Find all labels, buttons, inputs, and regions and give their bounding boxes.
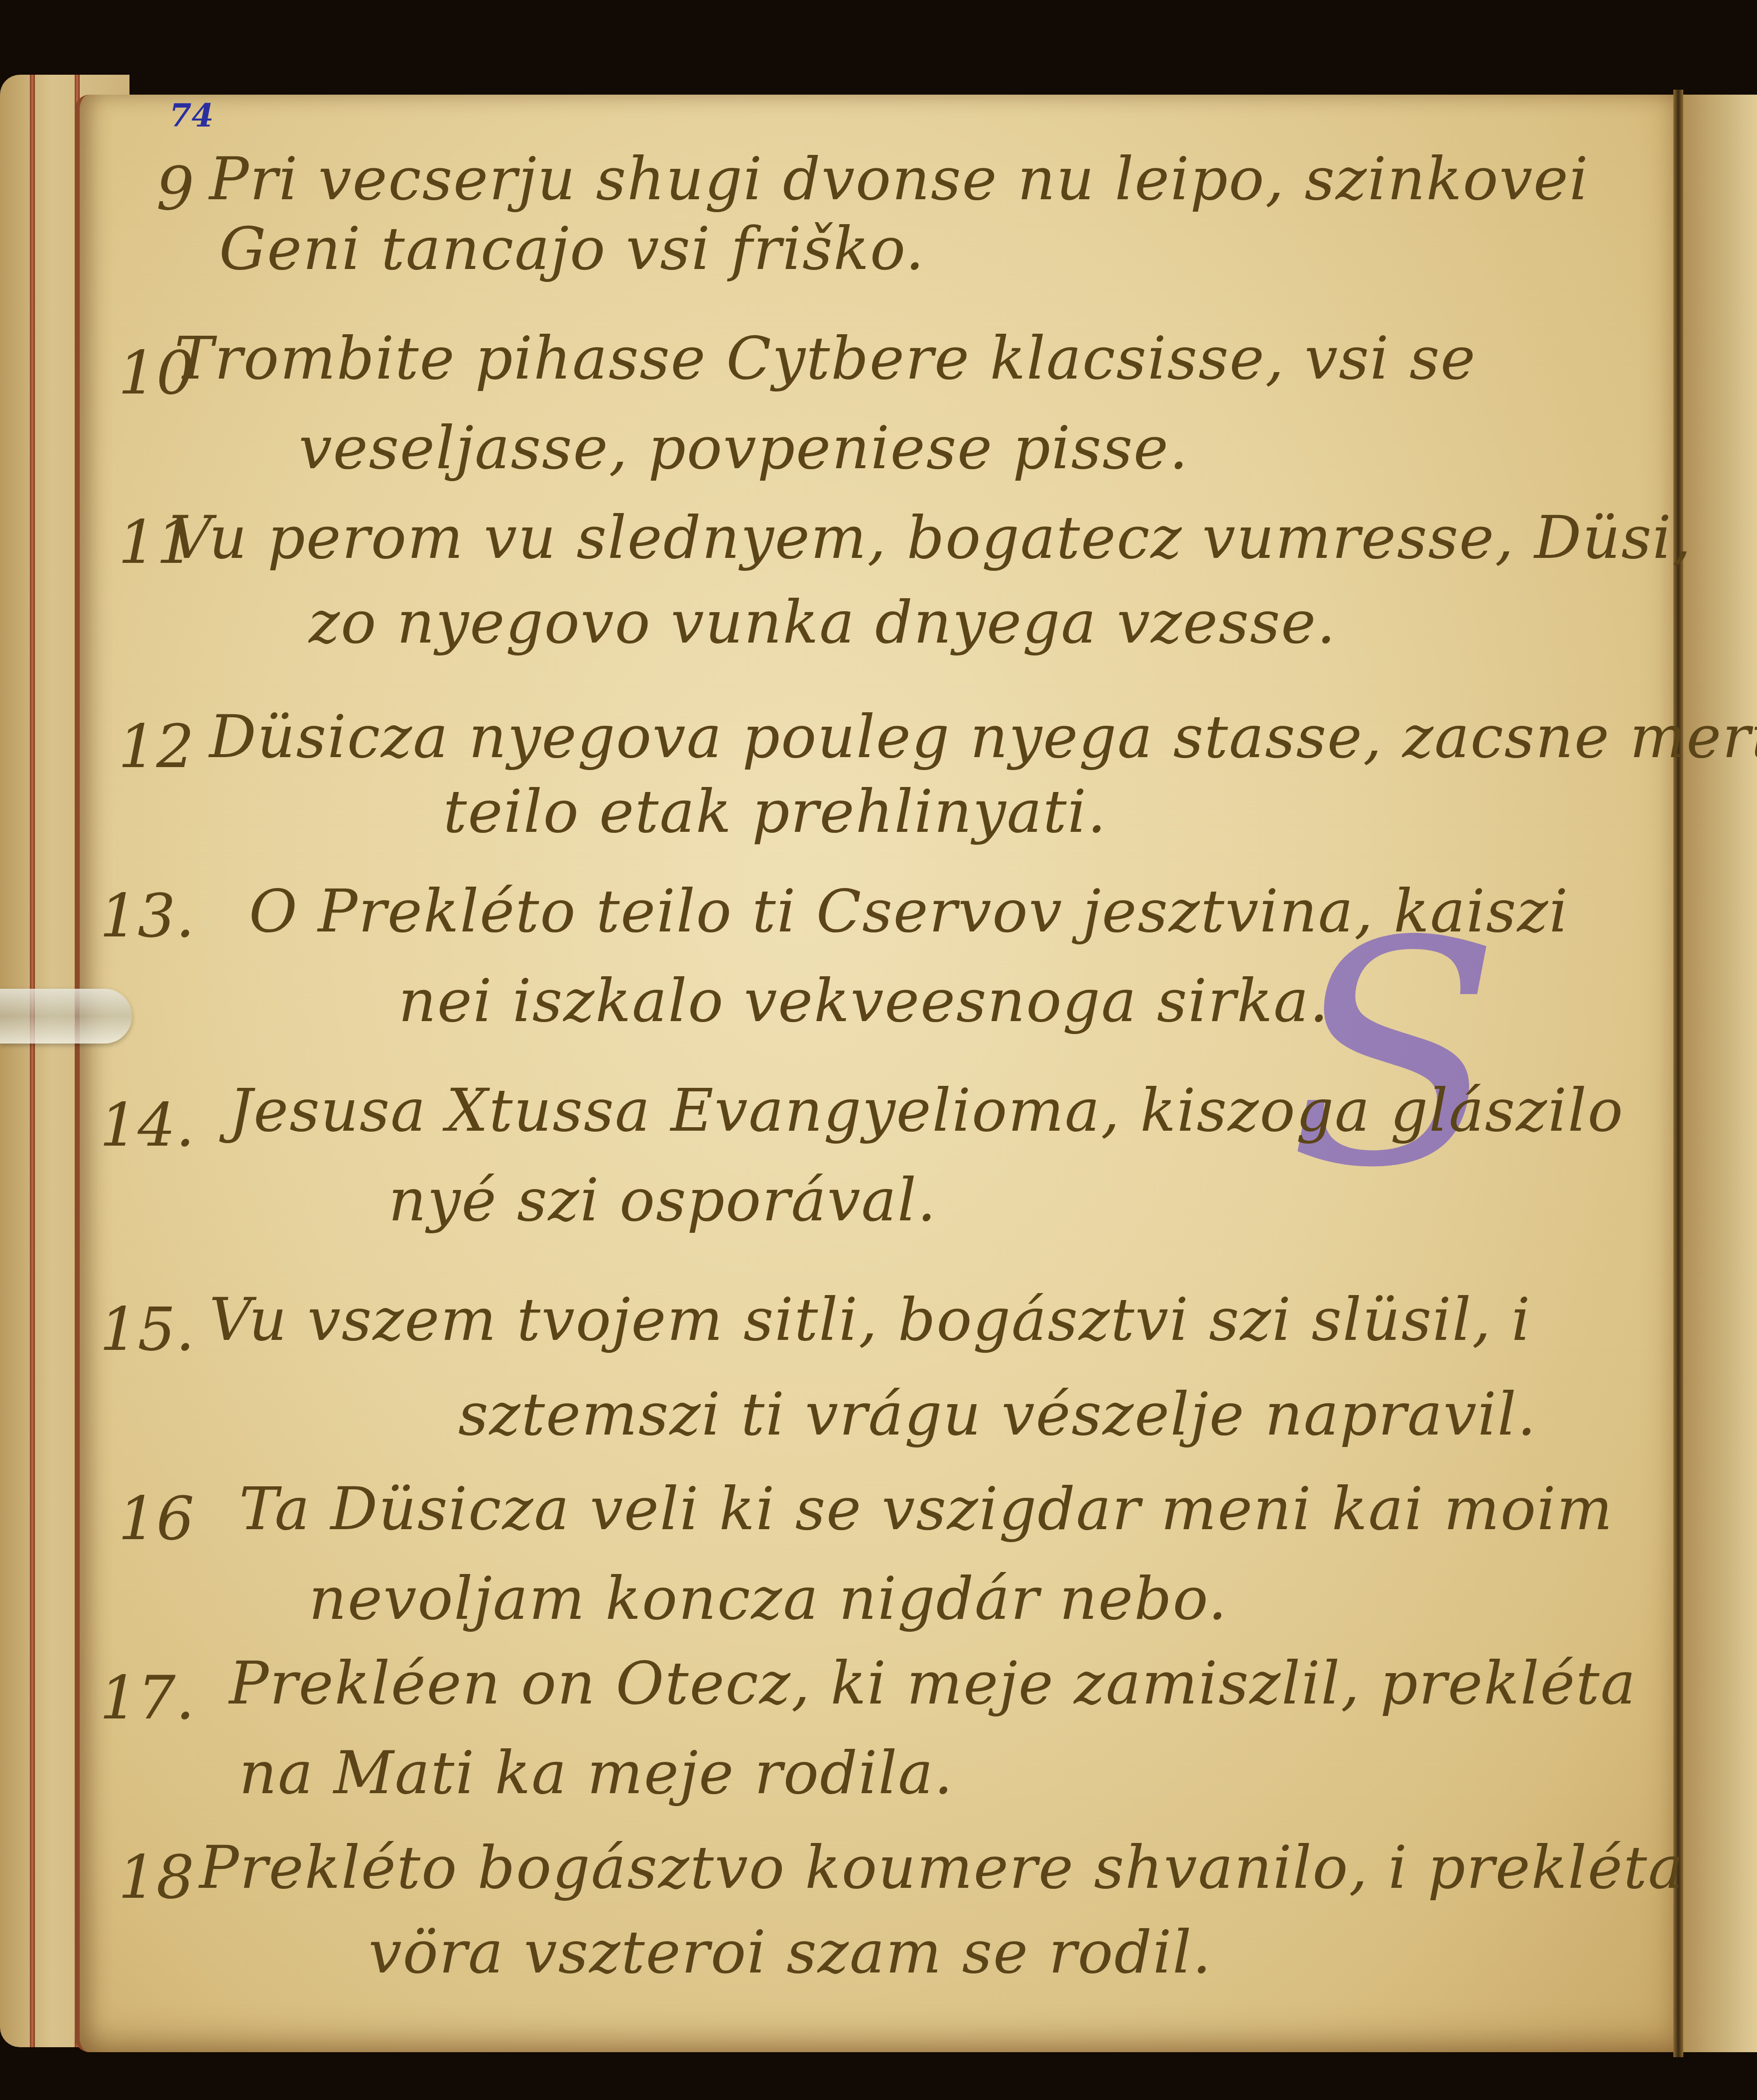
verse-line: Pri vecserju shugi dvonse nu leipo, szin…	[209, 144, 1589, 213]
verse-number: 13.	[100, 882, 194, 951]
verse-number: 9	[100, 154, 194, 224]
verse-line: Vu perom vu slednyem, bogatecz vumresse,…	[169, 503, 1692, 572]
verse-line: nevoljam koncza nigdár nebo.	[309, 1564, 1228, 1633]
verse-line: Prekléto bogásztvo koumere shvanilo, i p…	[199, 1833, 1684, 1902]
verse-number: 16	[100, 1484, 194, 1554]
verse-number: 12	[100, 712, 194, 782]
verse-line: veseljasse, povpeniese pisse.	[299, 413, 1189, 482]
verse-line: Geni tancajo vsi friško.	[219, 214, 925, 283]
page-edge	[30, 75, 35, 2047]
verse-line: O Prekléto teilo ti Cservov jesztvina, k…	[249, 877, 1569, 945]
verse-line: Jesusa Xtussa Evangyelioma, kiszoga glás…	[229, 1076, 1624, 1145]
book-gutter	[1673, 90, 1683, 2057]
verse-line: vöra vszteroi szam se rodil.	[369, 1918, 1212, 1986]
verse-line: Trombite pihasse Cytbere klacsisse, vsi …	[174, 324, 1476, 393]
verse-line: nei iszkalo vekveesnoga sirka.	[398, 966, 1329, 1035]
verse-line: zo nyegovo vunka dnyega vzesse.	[309, 588, 1337, 656]
verse-line: teilo etak prehlinyati.	[443, 777, 1107, 846]
verse-number: 17.	[100, 1664, 194, 1733]
verse-number: 14.	[100, 1091, 194, 1160]
verse-line: Vu vszem tvojem sitli, bogásztvi szi slü…	[209, 1285, 1531, 1354]
page-number: 74	[169, 97, 214, 134]
verse-line: Düsicza nyegova pouleg nyega stasse, zac…	[209, 702, 1757, 771]
glass-rod-weight	[0, 989, 132, 1044]
verse-number: 18	[100, 1843, 194, 1912]
verse-number: 15.	[100, 1295, 194, 1364]
verse-line: Ta Düsicza veli ki se vszigdar meni kai …	[239, 1474, 1614, 1543]
verse-line: Prekléen on Otecz, ki meje zamiszlil, pr…	[229, 1649, 1636, 1717]
verse-line: na Mati ka meje rodila.	[239, 1738, 954, 1807]
verse-line: sztemszi ti vrágu vészelje napravil.	[458, 1380, 1537, 1448]
verse-line: nyé szi osporával.	[388, 1166, 937, 1234]
facing-page-edge	[1683, 95, 1757, 2052]
